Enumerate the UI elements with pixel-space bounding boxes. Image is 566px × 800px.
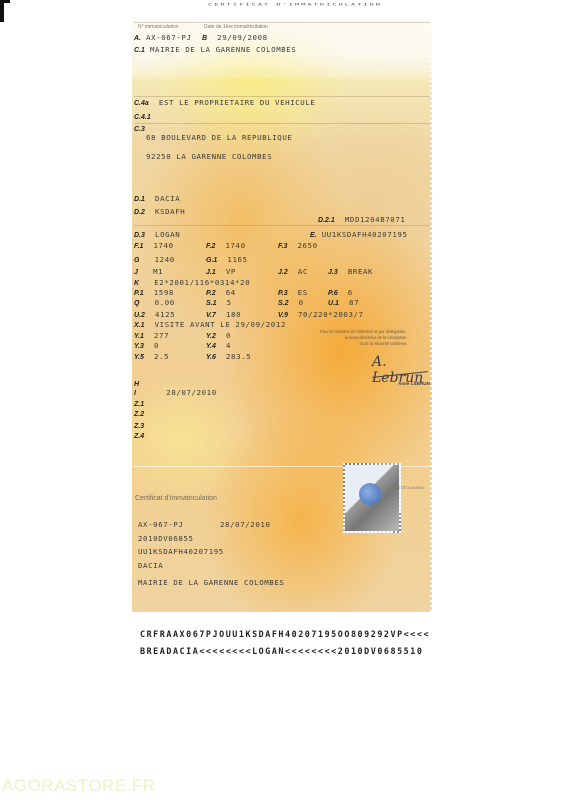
field-code: V.9 [278,312,288,319]
field-code: B [202,35,207,42]
field: V.7 180 [206,310,241,319]
field: Q 0.00 [134,298,175,307]
field: F.2 1740 [206,241,246,250]
field-code: Y.4 [206,343,216,350]
field: P.1 1598 [134,288,174,297]
field-code: Z.1 [134,401,144,408]
divider [134,22,430,23]
field-C4a: C.4a EST LE PROPRIETAIRE DU VEHICULE [134,98,315,107]
field: J.2 AC [278,267,308,276]
coupon-date: 28/07/2010 [220,520,271,529]
field: Y.1 277 [134,331,169,340]
field-code: D.2.1 [318,217,335,224]
vin: UU1KSDAFH40207195 [322,230,408,239]
field: P.2 64 [206,288,236,297]
field-code: Z.4 [134,433,144,440]
field-code: F.2 [206,243,215,250]
field: H [134,379,139,388]
field-code: X.1 [134,322,145,329]
registration-no-label: N° immatriculation [138,24,179,30]
field: Y.2 0 [206,331,231,340]
field-code: P.3 [278,290,288,297]
address-line-1: 68 BOULEVARD DE LA REPUBLIQUE [146,133,292,142]
field-C41: C.4.1 [134,112,151,121]
field-code: H [134,381,139,388]
coupon-holder: MAIRIE DE LA GARENNE COLOMBES [138,578,284,587]
divider [134,225,430,226]
field-code: S.2 [278,300,289,307]
registration-certificate: N° immatriculation Date de 1ère immatric… [132,20,432,612]
field: K E2*2001/116*0314*20 [134,278,250,287]
field-B: B 29/09/2008 [202,33,268,42]
field-code: F.1 [134,243,143,250]
mrz-line-2: BREADACIA<<<<<<<<LOGAN<<<<<<<<2010DV0685… [140,646,423,656]
scan-corner-mark [0,0,4,22]
field-D2: D.2 KSDAFH [134,207,185,216]
field-code: F.3 [278,243,287,250]
field-code: P.1 [134,290,144,297]
field: I 28/07/2010 [134,388,217,397]
mrz-line-1: CRFRAAX067PJOUU1KSDAFH40207195OO809292VP… [140,629,430,639]
field-code: C.1 [134,47,145,54]
divider [134,96,430,97]
field-code: A. [134,35,141,42]
globe-icon [359,483,381,505]
field: Z.3 [134,421,144,430]
field-code: G [134,257,139,264]
field: J M1 [134,267,163,276]
field-D21: D.2.1 MDD1204B7071 [318,215,405,224]
field-code: P.2 [206,290,216,297]
field: X.1 VISITE AVANT LE 29/09/2012 [134,320,286,329]
field-C1: C.1 MAIRIE DE LA GARENNE COLOMBES [134,45,296,54]
field: U.1 87 [328,298,359,307]
authority-text: Pour le ministre de l'intérieur et par d… [320,329,406,347]
coupon-title: Certificat d'immatriculation [135,495,217,502]
field-D1: D.1 DACIA [134,194,180,203]
field: V.9 70/220*2003/7 [278,310,364,319]
field-code: C.3 [134,126,145,133]
field-code: Y.3 [134,343,144,350]
field-code: Z.2 [134,411,144,418]
field: U.2 4125 [134,310,175,319]
field-code: D.3 [134,232,145,239]
field-code: C.4a [134,100,149,107]
field-code: Y.2 [206,333,216,340]
field: F.3 2650 [278,241,318,250]
field: J.3 BREAK [328,267,373,276]
coupon-make: DACIA [138,561,163,570]
field: P.3 ES [278,288,308,297]
field: G.1 1165 [206,255,248,264]
field: Y.6 283.5 [206,352,251,361]
field-code: E. [310,232,317,239]
field: Z.1 [134,399,144,408]
field-code: U.2 [134,312,145,319]
field-code: Y.5 [134,354,144,361]
divider [134,123,430,124]
field-code: G.1 [206,257,217,264]
field: Z.2 [134,409,144,418]
field-code: D.1 [134,196,145,203]
coupon-plate: AX-067-PJ [138,520,183,529]
field: J.1 VP [206,267,236,276]
field-code: J.2 [278,269,288,276]
watermark: AGORASTORE.FR [2,776,156,796]
scan-corner-mark-top [0,0,10,3]
field-E: E. UU1KSDAFH40207195 [310,230,408,239]
address-line-2: 92250 LA GARENNE COLOMBES [146,152,272,161]
field-code: Q [134,300,139,307]
field: P.6 6 [328,288,353,297]
field-C3: C.3 [134,124,145,133]
field-code: Y.6 [206,354,216,361]
signatory-name: Anne LEBRUN [398,381,430,386]
field-code: J.1 [206,269,216,276]
field-code: C.4.1 [134,114,151,121]
field: Y.4 4 [206,341,231,350]
detachable-coupon-label: COUPON DÉTACHABLE [384,486,424,490]
field-code: K [134,280,139,287]
field-D3: D.3 LOGAN [134,230,180,239]
field: Z.4 [134,431,144,440]
document-header-title: CERTIFICAT D'IMMATRICULATION [208,2,382,6]
field: Y.5 2.5 [134,352,169,361]
field-A: A. AX-067-PJ [134,33,192,42]
field: S.1 5 [206,298,232,307]
field: G 1240 [134,255,175,264]
field-code: Z.3 [134,423,144,430]
field: Y.3 0 [134,341,159,350]
field-code: Y.1 [134,333,144,340]
plate-number: AX-067-PJ [146,33,191,42]
perforated-edge [430,20,432,612]
first-registration-label: Date de 1ère immatriculation [204,24,268,30]
coupon-vin: UU1KSDAFH40207195 [138,547,224,556]
security-hologram-stamp [343,463,401,533]
field-code: V.7 [206,312,216,319]
first-registration-date: 29/09/2008 [217,33,268,42]
field-code: S.1 [206,300,217,307]
field-code: J.3 [328,269,338,276]
field: F.1 1740 [134,241,174,250]
field: S.2 0 [278,298,304,307]
field-code: D.2 [134,209,145,216]
field-code: I [134,390,136,397]
field-code: J [134,269,138,276]
coupon-formula-number: 2010DV06855 [138,534,194,543]
field-code: U.1 [328,300,339,307]
field-code: P.6 [328,290,338,297]
